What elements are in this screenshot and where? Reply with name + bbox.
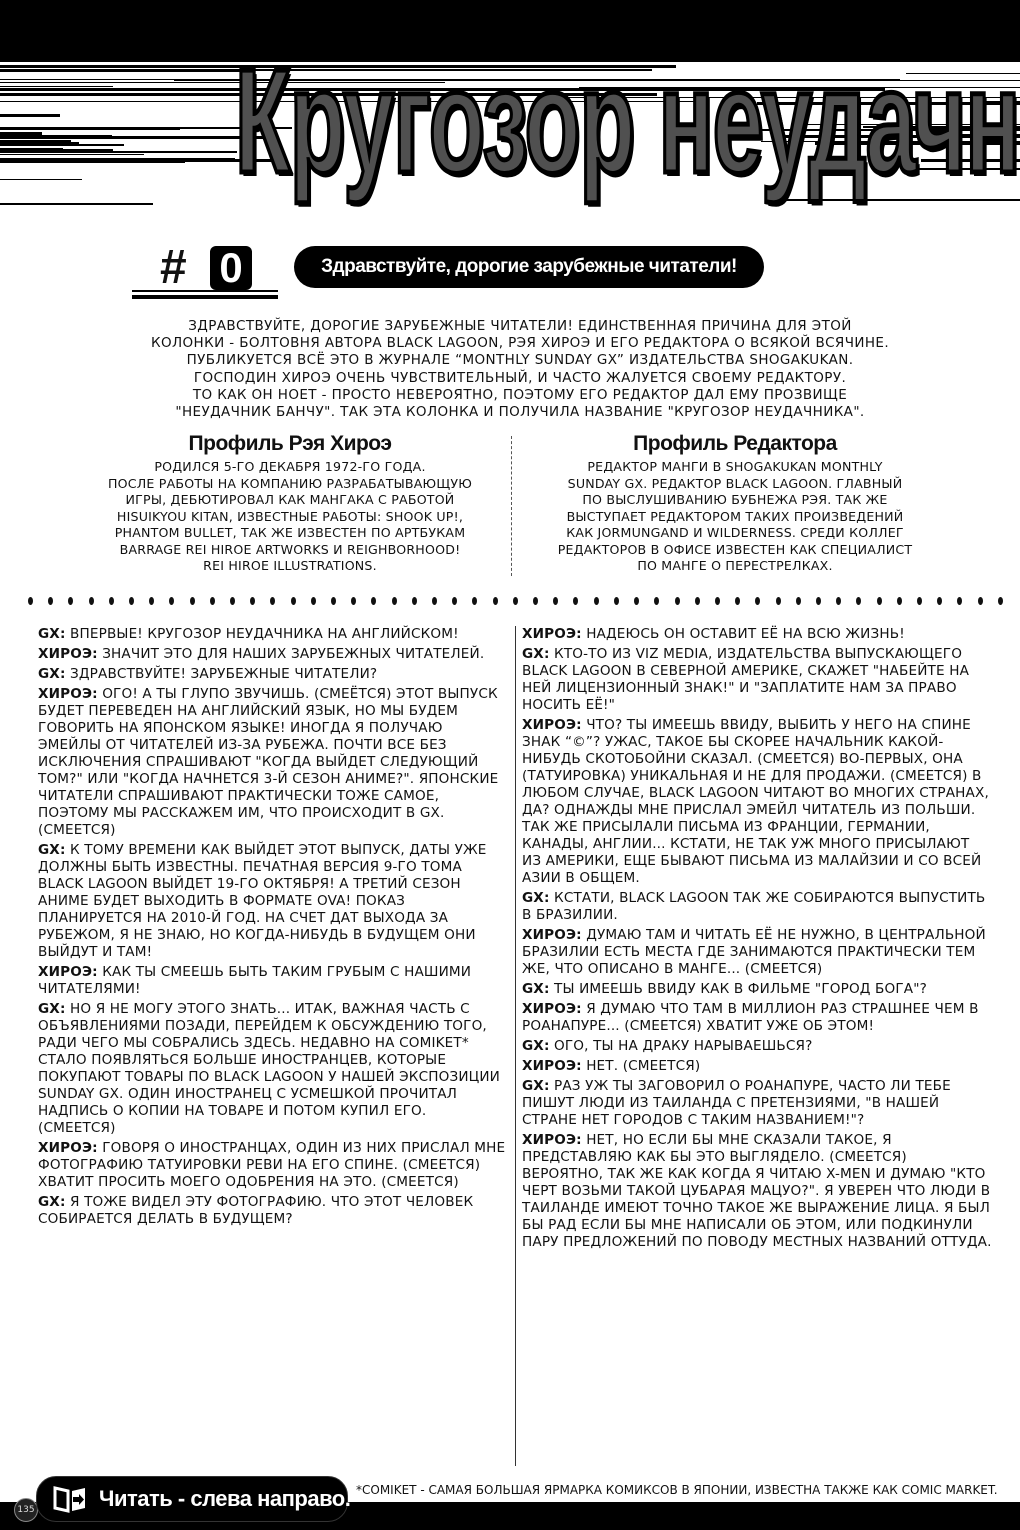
dialogue-column-left: GX: Впервые! Кругозор неудачника на англ… (38, 626, 508, 1231)
speed-line (0, 154, 144, 155)
dialogue-entry: GX: Но я не могу этого знать... Итак, ва… (38, 1001, 508, 1137)
dialogue-text: Думаю там и читать её не нужно, в центра… (522, 927, 986, 977)
speaker-label: ХИРОЭ: (38, 686, 98, 702)
divider-dot (432, 597, 437, 605)
speed-line (0, 89, 66, 91)
dialogue-entry: GX: Ого, ты на драку нарываешься? (522, 1038, 992, 1055)
dialogue-column-right: ХИРОЭ: Надеюсь он оставит её на всю жизн… (522, 626, 992, 1254)
dialogue-entry: ХИРОЭ: Нет, но если бы мне сказали такое… (522, 1132, 992, 1251)
dialogue-text: Ого! А ты глупо звучишь. (смеётся) Этот … (38, 686, 498, 838)
divider-dot (513, 597, 518, 605)
author-profile-heading: Профиль Рэя Хироэ (70, 432, 510, 456)
dialogue-entry: GX: Кстати, Black Lagoon так же собирают… (522, 890, 992, 924)
dialogue-text: Что? Ты имеешь ввиду, выбить у него на с… (522, 717, 989, 886)
divider-dot (573, 597, 578, 605)
divider-dot (796, 597, 801, 605)
dialogue-entry: GX: Впервые! Кругозор неудачника на англ… (38, 626, 508, 643)
divider-dot (190, 597, 195, 605)
divider-dot (291, 597, 296, 605)
profile-line: по выслушиванию бубнежа Рэя. Так же (515, 492, 955, 509)
divider-dot (614, 597, 619, 605)
speaker-label: GX: (38, 666, 66, 682)
dialogue-text: Кстати, Black Lagoon так же собираются в… (522, 890, 985, 923)
page-number: 135 (14, 1498, 38, 1522)
divider-dot (776, 597, 781, 605)
dialogue-text: Кто-то из VIZ Media, издательства выпуск… (522, 646, 969, 713)
speaker-label: ХИРОЭ: (522, 626, 582, 642)
speed-line (0, 148, 63, 151)
dialogue-text: Раз уж ты заговорил о Роанапуре, часто л… (522, 1078, 951, 1128)
intro-line: То как он ноет - просто невероятно, поэт… (60, 387, 980, 404)
divider (132, 290, 278, 292)
dialogue-text: Говоря о иностранцах, один из них присла… (38, 1140, 505, 1190)
divider-dot (28, 597, 33, 605)
divider-dot (149, 597, 154, 605)
dialogue-text: Нет. (смеется) (586, 1058, 700, 1074)
dialogue-text: Как ты смеешь быть таким грубым с нашими… (38, 964, 471, 997)
reading-direction-badge: Читать - слева направо. (36, 1476, 348, 1522)
profile-line: После работы на компанию разрабатывающую (70, 476, 510, 493)
divider-dot (533, 597, 538, 605)
page-title: Кругозор неудачника (235, 48, 805, 196)
dialogue-entry: ХИРОЭ: Как ты смеешь быть таким грубым с… (38, 964, 508, 998)
dialogue-text: Здравствуйте! Зарубежные читатели? (70, 666, 377, 682)
divider-dot (230, 597, 235, 605)
speed-line (0, 86, 113, 87)
profile-line: по манге о перестрелках. (515, 558, 955, 575)
dialogue-entry: ХИРОЭ: Думаю там и читать её не нужно, в… (522, 927, 992, 978)
divider (132, 295, 278, 299)
divider-dot (169, 597, 174, 605)
speaker-label: GX: (38, 626, 66, 642)
divider-dot (634, 597, 639, 605)
divider-dot (392, 597, 397, 605)
divider-dot (270, 597, 275, 605)
divider-dot (978, 597, 983, 605)
dialogue-entry: ХИРОЭ: Значит это для наших зарубежных ч… (38, 646, 508, 663)
speaker-label: GX: (522, 646, 550, 662)
divider-dot (877, 597, 882, 605)
divider-dot (210, 597, 215, 605)
speaker-label: ХИРОЭ: (38, 1140, 98, 1156)
speaker-label: ХИРОЭ: (522, 717, 582, 733)
divider-dot (331, 597, 336, 605)
speaker-label: ХИРОЭ: (38, 646, 98, 662)
profile-line: Rei Hiroe Illustrations. (70, 558, 510, 575)
dialogue-entry: ХИРОЭ: Говоря о иностранцах, один из них… (38, 1140, 508, 1191)
divider-dot (937, 597, 942, 605)
dialogue-text: Значит это для наших зарубежных читателе… (102, 646, 484, 662)
open-book-arrow-icon (53, 1485, 87, 1513)
dialogue-text: К тому времени как выйдет этот выпуск, д… (38, 842, 487, 960)
speed-line (0, 158, 235, 161)
divider-dot (129, 597, 134, 605)
issue-number-badge: # 0 (132, 240, 292, 300)
divider-dot (109, 597, 114, 605)
dialogue-entry: ХИРОЭ: Я думаю что там в миллион раз стр… (522, 1001, 992, 1035)
divider-dot (755, 597, 760, 605)
divider-dot (897, 597, 902, 605)
speaker-label: ХИРОЭ: (522, 927, 582, 943)
intro-line: "Неудачник Банчу". Так эта колонка и пол… (60, 404, 980, 421)
divider-dot (836, 597, 841, 605)
author-profile: Профиль Рэя Хироэ Родился 5-го декабря 1… (70, 432, 510, 575)
divider-dot (998, 597, 1003, 605)
speaker-label: GX: (522, 890, 550, 906)
divider-dot (452, 597, 457, 605)
profile-line: Phantom Bullet, так же известен по артбу… (70, 525, 510, 542)
dialogue-text: Нет, но если бы мне сказали такое, я пре… (522, 1132, 992, 1250)
intro-line: Публикуется всё это в журнале “Monthly S… (60, 352, 980, 369)
divider-dot (735, 597, 740, 605)
speed-line (0, 71, 247, 72)
speaker-label: GX: (38, 1001, 66, 1017)
speaker-label: GX: (522, 981, 550, 997)
divider-dot (351, 597, 356, 605)
divider-dot (472, 597, 477, 605)
profile-line: как Jormungand и Wilderness. Среди колле… (515, 525, 955, 542)
issue-hash: # (160, 244, 187, 292)
divider-dot (917, 597, 922, 605)
divider-dot (48, 597, 53, 605)
subtitle-banner: Здравствуйте, дорогие зарубежные читател… (294, 246, 764, 288)
speed-line (0, 144, 124, 146)
dialogue-text: Надеюсь он оставит её на всю жизнь! (586, 626, 905, 642)
speed-line (0, 203, 153, 205)
dotted-divider (28, 597, 1003, 607)
intro-line: колонки - болтовня автора Black Lagoon, … (60, 335, 980, 352)
intro-line: Господин Хироэ очень чувствительный, и ч… (60, 370, 980, 387)
speaker-label: GX: (38, 842, 66, 858)
divider-dot (68, 597, 73, 605)
column-divider (515, 626, 516, 1466)
profile-line: Barrage Rei Hiroe Artworks и Reighborhoo… (70, 542, 510, 559)
divider-dot (89, 597, 94, 605)
divider-dot (371, 597, 376, 605)
intro-line: Здравствуйте, дорогие зарубежные читател… (60, 318, 980, 335)
profile-divider (511, 436, 512, 576)
intro-paragraph: Здравствуйте, дорогие зарубежные читател… (60, 318, 980, 421)
editor-profile: Профиль Редактора Редактор манги в Shoga… (515, 432, 955, 575)
divider-dot (715, 597, 720, 605)
speaker-label: ХИРОЭ: (522, 1001, 582, 1017)
dialogue-entry: GX: Ты имеешь ввиду как в фильме "Город … (522, 981, 992, 998)
dialogue-entry: ХИРОЭ: Ого! А ты глупо звучишь. (смеётся… (38, 686, 508, 839)
speaker-label: ХИРОЭ: (38, 964, 98, 980)
profile-line: выступает редактором таких произведений (515, 509, 955, 526)
divider-dot (654, 597, 659, 605)
speed-line (0, 140, 71, 143)
dialogue-text: Но я не могу этого знать... Итак, важная… (38, 1001, 500, 1136)
dialogue-entry: GX: Я тоже видел эту фотографию. Что это… (38, 1194, 508, 1228)
divider-dot (250, 597, 255, 605)
profile-line: Sunday GX. Редактор Black Lagoon. Главны… (515, 476, 955, 493)
speed-line (0, 151, 237, 153)
profile-line: Редактор манги в Shogakukan Monthly (515, 459, 955, 476)
speaker-label: ХИРОЭ: (522, 1132, 582, 1148)
editor-profile-heading: Профиль Редактора (515, 432, 955, 456)
speaker-label: GX: (522, 1078, 550, 1094)
divider-dot (957, 597, 962, 605)
divider-dot (816, 597, 821, 605)
speaker-label: GX: (38, 1194, 66, 1210)
speed-line (0, 132, 42, 135)
speaker-label: GX: (522, 1038, 550, 1054)
dialogue-entry: GX: Здравствуйте! Зарубежные читатели? (38, 666, 508, 683)
reading-direction-label: Читать - слева направо. (99, 1477, 350, 1521)
dialogue-text: Ты имеешь ввиду как в фильме "Город Бога… (554, 981, 927, 997)
dialogue-entry: GX: К тому времени как выйдет этот выпус… (38, 842, 508, 961)
divider-dot (675, 597, 680, 605)
profile-line: игры, дебютировал как мангака с работой (70, 492, 510, 509)
dialogue-text: Ого, ты на драку нарываешься? (554, 1038, 812, 1054)
dialogue-entry: ХИРОЭ: Что? Ты имеешь ввиду, выбить у не… (522, 717, 992, 887)
profile-line: редакторов в офисе известен как специали… (515, 542, 955, 559)
dialogue-entry: GX: Раз уж ты заговорил о Роанапуре, час… (522, 1078, 992, 1129)
divider-dot (553, 597, 558, 605)
divider-dot (493, 597, 498, 605)
divider-dot (311, 597, 316, 605)
divider-dot (412, 597, 417, 605)
divider-dot (594, 597, 599, 605)
speaker-label: ХИРОЭ: (522, 1058, 582, 1074)
divider-dot (695, 597, 700, 605)
speed-line (0, 136, 269, 139)
dialogue-entry: GX: Кто-то из VIZ Media, издательства вы… (522, 646, 992, 714)
divider-dot (856, 597, 861, 605)
dialogue-text: Впервые! Кругозор неудачника на английск… (70, 626, 459, 642)
profile-line: Hisuikyou Kitan, известные работы: Shook… (70, 509, 510, 526)
speed-line (0, 114, 60, 117)
dialogue-text: Я думаю что там в миллион раз страшнее ч… (522, 1001, 979, 1034)
dialogue-entry: ХИРОЭ: Нет. (смеется) (522, 1058, 992, 1075)
speed-line (0, 179, 82, 180)
issue-number: 0 (210, 246, 252, 290)
profile-line: Родился 5-го декабря 1972-го года. (70, 459, 510, 476)
dialogue-text: Я тоже видел эту фотографию. Что этот че… (38, 1194, 473, 1227)
footnote: *Comiket - самая большая ярмарка комиксо… (356, 1482, 998, 1498)
dialogue-entry: ХИРОЭ: Надеюсь он оставит её на всю жизн… (522, 626, 992, 643)
